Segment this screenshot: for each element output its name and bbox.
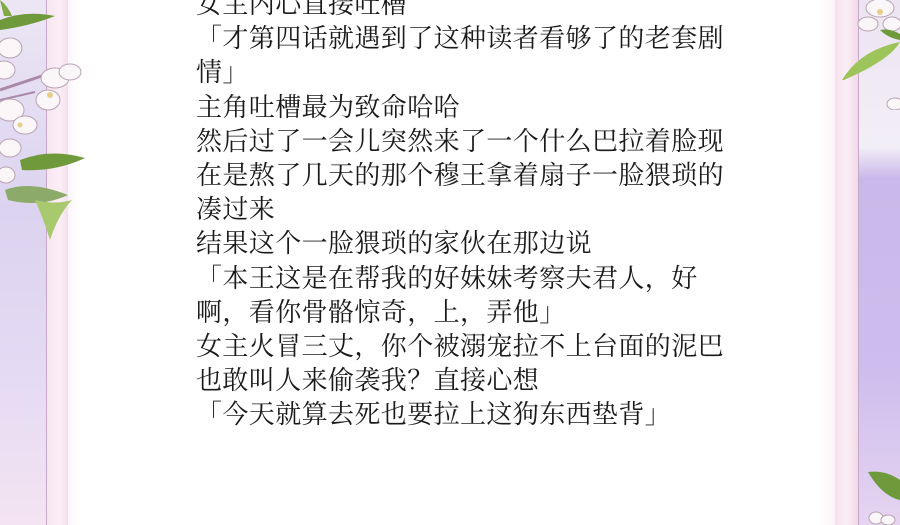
text-line: 情」 xyxy=(196,56,796,90)
text-line: 女主火冒三丈，你个被溺宠拉不上台面的泥巴 xyxy=(196,330,796,364)
text-line: 啊，看你骨骼惊奇，上，弄他」 xyxy=(196,296,796,330)
panel-edge-right xyxy=(820,0,835,525)
text-line: 在是熬了几天的那个穆王拿着扇子一脸猥琐的 xyxy=(196,159,796,193)
cherry-blossom-branch-icon xyxy=(840,0,900,110)
text-line: 「本王这是在帮我的好妹妹考察夫君人，好 xyxy=(196,262,796,296)
text-line: 也敢叫人来偷袭我？直接心想 xyxy=(196,364,796,398)
text-line: 「才第四话就遇到了这种读者看够了的老套剧 xyxy=(196,22,796,56)
cherry-blossom-branch-icon xyxy=(0,0,90,245)
text-line: 主角吐槽最为致命哈哈 xyxy=(196,91,796,125)
text-line: 凑过来 xyxy=(196,193,796,227)
leaf-icon xyxy=(868,470,900,525)
text-line: 结果这个一脸猥琐的家伙在那边说 xyxy=(196,227,796,261)
text-line: 然后过了一会儿突然来了一个什么巴拉着脸现 xyxy=(196,125,796,159)
text-line: 「今天就算去死也要拉上这狗东西垫背」 xyxy=(196,398,796,432)
text-line: 女主内心直接吐槽 xyxy=(196,0,796,22)
post-text-body: 女主内心直接吐槽 「才第四话就遇到了这种读者看够了的老套剧 情」 主角吐槽最为致… xyxy=(196,0,796,432)
